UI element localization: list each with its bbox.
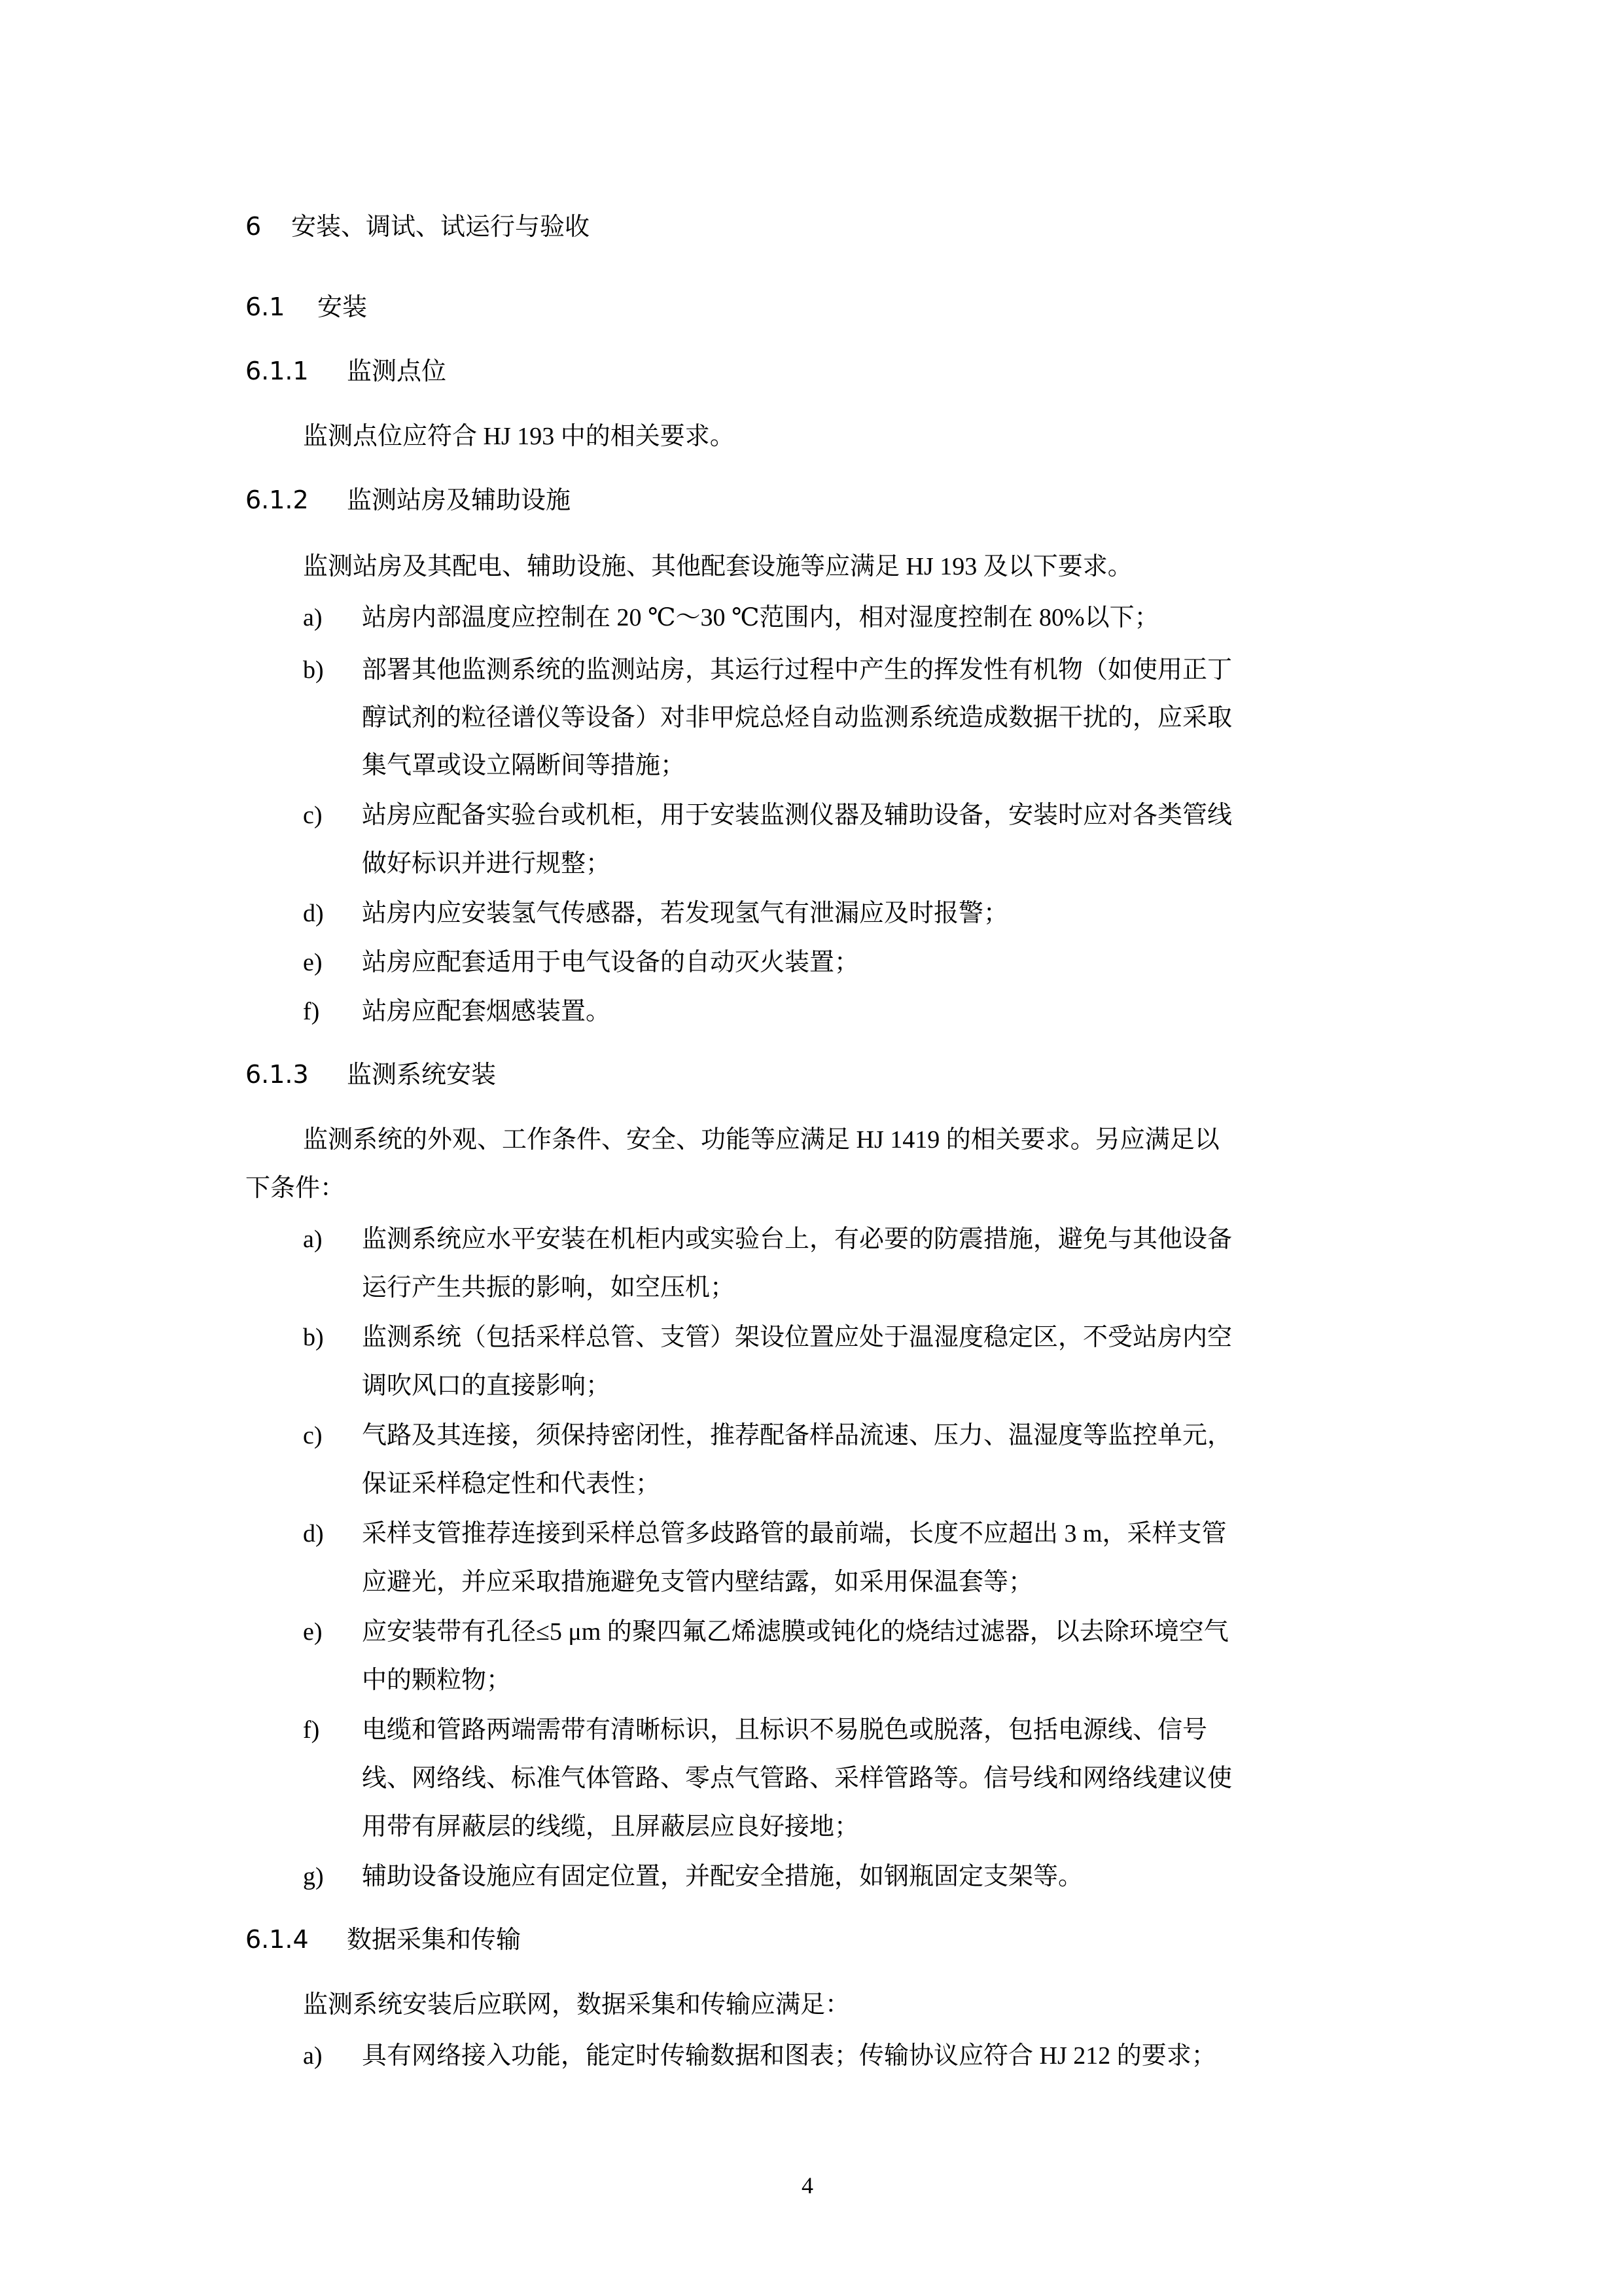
list-item-text: 集气罩或设立隔断间等措施；	[362, 750, 685, 781]
paragraph: 监测系统的外观、工作条件、安全、功能等应满足 HJ 1419 的相关要求。另应满…	[303, 1124, 1220, 1156]
paragraph: 监测系统安装后应联网，数据采集和传输应满足：	[303, 1989, 850, 2021]
list-item-text: 运行产生共振的影响，如空压机；	[362, 1272, 735, 1303]
list-item-text: 醇试剂的粒径谱仪等设备）对非甲烷总烃自动监测系统造成数据干扰的，应采取	[362, 702, 1232, 733]
clause-number: 6.1.3	[245, 1059, 347, 1090]
list-item-text: 辅助设备设施应有固定位置，并配安全措施，如钢瓶固定支架等。	[362, 1861, 1083, 1892]
clause-heading-6-1-3: 6.1.3监测系统安装	[245, 1059, 496, 1090]
section-number: 6	[245, 211, 291, 242]
clause-heading-6-1-4: 6.1.4数据采集和传输	[245, 1924, 521, 1955]
list-item-text: 调吹风口的直接影响；	[362, 1370, 610, 1402]
list-label: a)	[303, 602, 323, 633]
list-label: a)	[303, 1224, 323, 1255]
list-label: e)	[303, 947, 323, 978]
list-label: a)	[303, 2040, 323, 2072]
list-item-text: 线、网络线、标准气体管路、零点气管路、采样管路等。信号线和网络线建议使	[362, 1763, 1232, 1794]
paragraph-continuation: 下条件：	[245, 1173, 345, 1204]
list-item-text: 具有网络接入功能，能定时传输数据和图表；传输协议应符合 HJ 212 的要求；	[362, 2040, 1216, 2072]
subsection-title: 安装	[317, 292, 367, 321]
list-item-text: 站房应配套适用于电气设备的自动灭火装置；	[362, 947, 859, 978]
clause-heading-6-1-2: 6.1.2监测站房及辅助设施	[245, 484, 571, 516]
list-item-text: 采样支管推荐连接到采样总管多歧路管的最前端，长度不应超出 3 m，采样支管	[362, 1518, 1227, 1549]
list-item-text: 站房应配备实验台或机柜，用于安装监测仪器及辅助设备，安装时应对各类管线	[362, 800, 1232, 831]
list-item-text: 部署其他监测系统的监测站房，其运行过程中产生的挥发性有机物（如使用正丁	[362, 654, 1232, 686]
list-label: c)	[303, 1420, 323, 1451]
list-label: d)	[303, 1518, 324, 1549]
list-label: e)	[303, 1616, 323, 1648]
list-item-text: 保证采样稳定性和代表性；	[362, 1468, 660, 1500]
list-item-text: 中的颗粒物；	[362, 1665, 511, 1696]
paragraph: 监测站房及其配电、辅助设施、其他配套设施等应满足 HJ 193 及以下要求。	[303, 551, 1133, 582]
clause-title: 监测点位	[347, 357, 446, 385]
list-label: g)	[303, 1861, 324, 1892]
list-item-text: 气路及其连接，须保持密闭性，推荐配备样品流速、压力、温湿度等监控单元，	[362, 1420, 1232, 1451]
list-item-text: 监测系统（包括采样总管、支管）架设位置应处于温湿度稳定区，不受站房内空	[362, 1322, 1232, 1353]
paragraph: 监测点位应符合 HJ 193 中的相关要求。	[303, 421, 735, 452]
list-label: b)	[303, 1322, 324, 1353]
list-label: d)	[303, 898, 324, 929]
section-heading: 6安装、调试、试运行与验收	[245, 211, 590, 242]
list-item-text: 电缆和管路两端需带有清晰标识，且标识不易脱色或脱落，包括电源线、信号	[362, 1714, 1207, 1746]
clause-title: 监测系统安装	[347, 1060, 496, 1089]
section-title: 安装、调试、试运行与验收	[291, 212, 590, 241]
list-item-text: 应安装带有孔径≤5 μm 的聚四氟乙烯滤膜或钝化的烧结过滤器，以去除环境空气	[362, 1616, 1229, 1648]
list-item-text: 应避光，并应采取措施避免支管内壁结露，如采用保温套等；	[362, 1566, 1033, 1598]
list-label: b)	[303, 654, 324, 686]
clause-title: 监测站房及辅助设施	[347, 486, 571, 514]
clause-heading-6-1-1: 6.1.1监测点位	[245, 355, 446, 387]
list-item-text: 用带有屏蔽层的线缆，且屏蔽层应良好接地；	[362, 1811, 859, 1843]
subsection-heading: 6.1安装	[245, 291, 367, 323]
list-label: f)	[303, 996, 319, 1027]
list-label: f)	[303, 1714, 319, 1746]
subsection-number: 6.1	[245, 291, 317, 323]
clause-number: 6.1.2	[245, 484, 347, 516]
clause-number: 6.1.4	[245, 1924, 347, 1955]
clause-title: 数据采集和传输	[347, 1925, 521, 1954]
list-item-text: 监测系统应水平安装在机柜内或实验台上，有必要的防震措施，避免与其他设备	[362, 1224, 1232, 1255]
page-number: 4	[802, 2171, 813, 2200]
list-item-text: 站房内部温度应控制在 20 ℃～30 ℃范围内，相对湿度控制在 80%以下；	[362, 602, 1159, 633]
list-item-text: 站房应配套烟感装置。	[362, 996, 610, 1027]
document-page: 6安装、调试、试运行与验收 6.1安装 6.1.1监测点位 监测点位应符合 HJ…	[0, 0, 1624, 2296]
clause-number: 6.1.1	[245, 355, 347, 387]
list-item-text: 站房内应安装氢气传感器，若发现氢气有泄漏应及时报警；	[362, 898, 1008, 929]
list-label: c)	[303, 800, 323, 831]
list-item-text: 做好标识并进行规整；	[362, 848, 610, 879]
